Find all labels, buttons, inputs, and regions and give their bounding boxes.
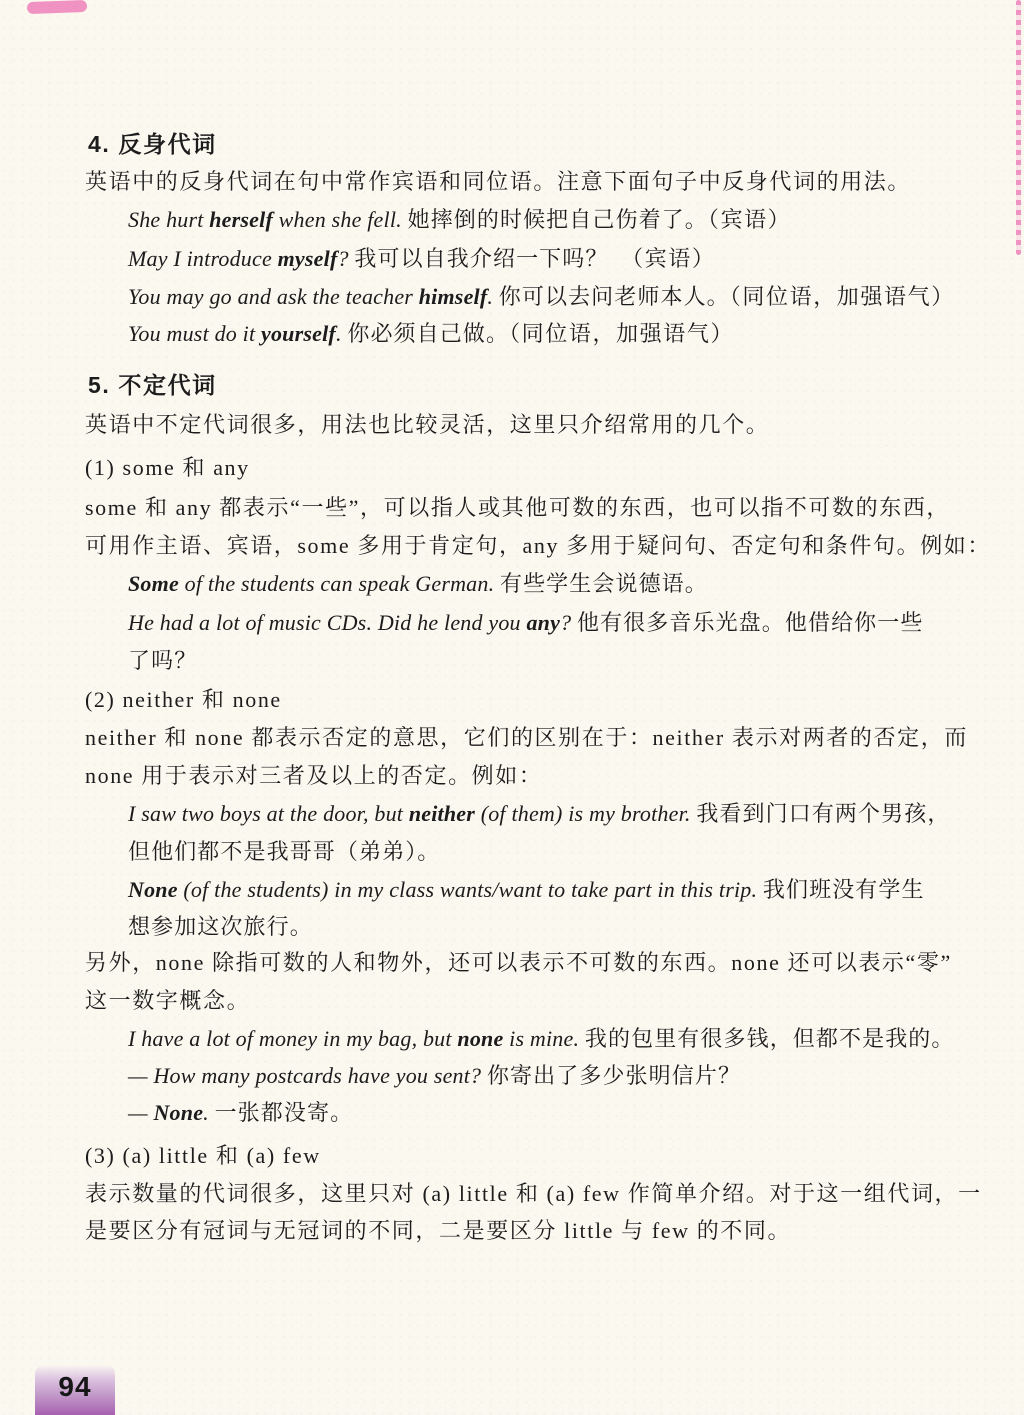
text-line: I saw two boys at the door, but neither … (128, 801, 950, 827)
page-edge-mark-right (1016, 0, 1021, 255)
text-line: 但他们都不是我哥哥（弟弟）。 (128, 839, 440, 865)
text-run: 你寄出了多少张明信片？ (487, 1063, 741, 1088)
text-run: 你必须自己做。 (347, 321, 509, 346)
text-line: 可用作主语、宾语，some 多用于肯定句，any 多用于疑问句、否定句和条件句。… (85, 533, 991, 559)
text-line: Some of the students can speak German. 有… (128, 571, 708, 597)
text-run: 英语中不定代词很多，用法也比较灵活，这里只介绍常用的几个。 (85, 412, 769, 437)
text-run: any (526, 610, 560, 635)
text-run: None (153, 1100, 203, 1125)
text-run: None (128, 877, 178, 902)
text-run: 我们班没有学生 (763, 877, 925, 902)
text-line: She hurt herself when she fell. 她摔倒的时候把自… (128, 207, 791, 233)
textbook-page: 4. 反身代词英语中的反身代词在句中常作宾语和同位语。注意下面句子中反身代词的用… (0, 0, 1024, 1415)
text-run: I have a lot of money in my bag, but (128, 1026, 457, 1051)
text-run: neither (409, 801, 475, 826)
page-edge-mark-top (27, 0, 87, 14)
text-line: neither 和 none 都表示否定的意思，它们的区别在于：neither … (85, 725, 968, 751)
text-run: 可用作主语、宾语，some 多用于肯定句，any 多用于疑问句、否定句和条件句。… (85, 533, 991, 558)
text-run: I saw two boys at the door, but (128, 801, 409, 826)
text-line: none 用于表示对三者及以上的否定。例如： (85, 763, 542, 789)
text-run: 另外，none 除指可数的人和物外，还可以表示不可数的东西。none 还可以表示… (85, 950, 952, 975)
text-run: 一张都没寄。 (215, 1100, 354, 1125)
text-line: May I introduce myself? 我可以自我介绍一下吗？ （宾语） (128, 246, 716, 272)
text-run: yourself (261, 321, 336, 346)
text-run: （同位语，加强语气） (509, 321, 734, 346)
text-line: 这一数字概念。 (85, 988, 250, 1014)
text-run: ? (560, 610, 577, 635)
text-run: Some (128, 571, 179, 596)
text-run: none (457, 1026, 503, 1051)
text-run: 他有很多音乐光盘。他借给你一些 (577, 610, 924, 635)
page-number-tab: 94 (35, 1365, 115, 1415)
text-line: (3) (a) little 和 (a) few (85, 1143, 321, 1169)
text-run: 想参加这次旅行。 (128, 914, 313, 939)
text-run: — (128, 1100, 153, 1125)
text-run: . (336, 321, 347, 346)
text-run: ? (337, 246, 354, 271)
text-run: — How many postcards have you sent? (128, 1063, 487, 1088)
text-line: 5. 不定代词 (88, 372, 217, 400)
text-run: You may go and ask the teacher (128, 284, 419, 309)
text-line: 想参加这次旅行。 (128, 914, 313, 940)
text-run: when she fell. (273, 207, 408, 232)
text-run: （宾语） (608, 246, 715, 271)
text-line: — How many postcards have you sent? 你寄出了… (128, 1063, 741, 1089)
text-run: 我看到门口有两个男孩， (696, 801, 950, 826)
text-line: 是要区分有冠词与无冠词的不同，二是要区分 little 与 few 的不同。 (85, 1218, 791, 1244)
text-run: May I introduce (128, 246, 278, 271)
text-run: . (203, 1100, 214, 1125)
text-run: (of them) is my brother. (475, 801, 696, 826)
text-run: 5. 不定代词 (88, 372, 217, 398)
text-run: 但他们都不是我哥哥（弟弟）。 (128, 839, 440, 864)
text-run: 我可以自我介绍一下吗？ (354, 246, 608, 271)
text-line: 另外，none 除指可数的人和物外，还可以表示不可数的东西。none 还可以表示… (85, 950, 952, 976)
text-run: 英语中的反身代词在句中常作宾语和同位语。注意下面句子中反身代词的用法。 (85, 169, 911, 194)
page-number: 94 (58, 1371, 91, 1403)
text-line: — None. 一张都没寄。 (128, 1100, 353, 1126)
text-line: (1) some 和 any (85, 455, 250, 481)
text-run: 这一数字概念。 (85, 988, 250, 1013)
text-run: 是要区分有冠词与无冠词的不同，二是要区分 little 与 few 的不同。 (85, 1218, 791, 1243)
text-run: (2) neither 和 none (85, 687, 282, 712)
text-line: some 和 any 都表示“一些”，可以指人或其他可数的东西，也可以指不可数的… (85, 495, 950, 521)
text-run: 4. 反身代词 (88, 131, 217, 157)
text-line: 英语中不定代词很多，用法也比较灵活，这里只介绍常用的几个。 (85, 412, 769, 438)
text-line: He had a lot of music CDs. Did he lend y… (128, 610, 923, 636)
text-run: (3) (a) little 和 (a) few (85, 1143, 321, 1168)
text-run: some 和 any 都表示“一些”，可以指人或其他可数的东西，也可以指不可数的… (85, 495, 950, 520)
text-run: （宾语） (708, 207, 791, 232)
text-line: You may go and ask the teacher himself. … (128, 284, 955, 310)
text-run: neither 和 none 都表示否定的意思，它们的区别在于：neither … (85, 725, 968, 750)
text-run: is mine. (503, 1026, 584, 1051)
text-run: （同位语，加强语气） (730, 284, 955, 309)
text-line: None (of the students) in my class wants… (128, 877, 925, 903)
text-run: myself (278, 246, 338, 271)
text-run: He had a lot of music CDs. Did he lend y… (128, 610, 526, 635)
text-line: 4. 反身代词 (88, 131, 217, 159)
text-run: himself (419, 284, 488, 309)
text-run: You must do it (128, 321, 261, 346)
text-run: 有些学生会说德语。 (500, 571, 708, 596)
text-run: of the students can speak German. (179, 571, 500, 596)
text-run: . (487, 284, 498, 309)
text-run: 了吗？ (128, 648, 197, 673)
text-run: 表示数量的代词很多，这里只对 (a) little 和 (a) few 作简单介… (85, 1181, 982, 1206)
text-line: 英语中的反身代词在句中常作宾语和同位语。注意下面句子中反身代词的用法。 (85, 169, 911, 195)
text-run: herself (209, 207, 273, 232)
text-line: (2) neither 和 none (85, 687, 282, 713)
text-line: 了吗？ (128, 648, 197, 674)
text-run: (of the students) in my class wants/want… (178, 877, 763, 902)
text-run: She hurt (128, 207, 209, 232)
text-run: 她摔倒的时候把自己伤着了。 (408, 207, 708, 232)
text-line: You must do it yourself. 你必须自己做。（同位语，加强语… (128, 321, 734, 347)
text-line: 表示数量的代词很多，这里只对 (a) little 和 (a) few 作简单介… (85, 1181, 982, 1207)
text-run: none 用于表示对三者及以上的否定。例如： (85, 763, 542, 788)
text-run: (1) some 和 any (85, 455, 250, 480)
text-run: 你可以去问老师本人。 (499, 284, 730, 309)
text-run: 我的包里有很多钱，但都不是我的。 (585, 1026, 955, 1051)
text-line: I have a lot of money in my bag, but non… (128, 1026, 955, 1052)
